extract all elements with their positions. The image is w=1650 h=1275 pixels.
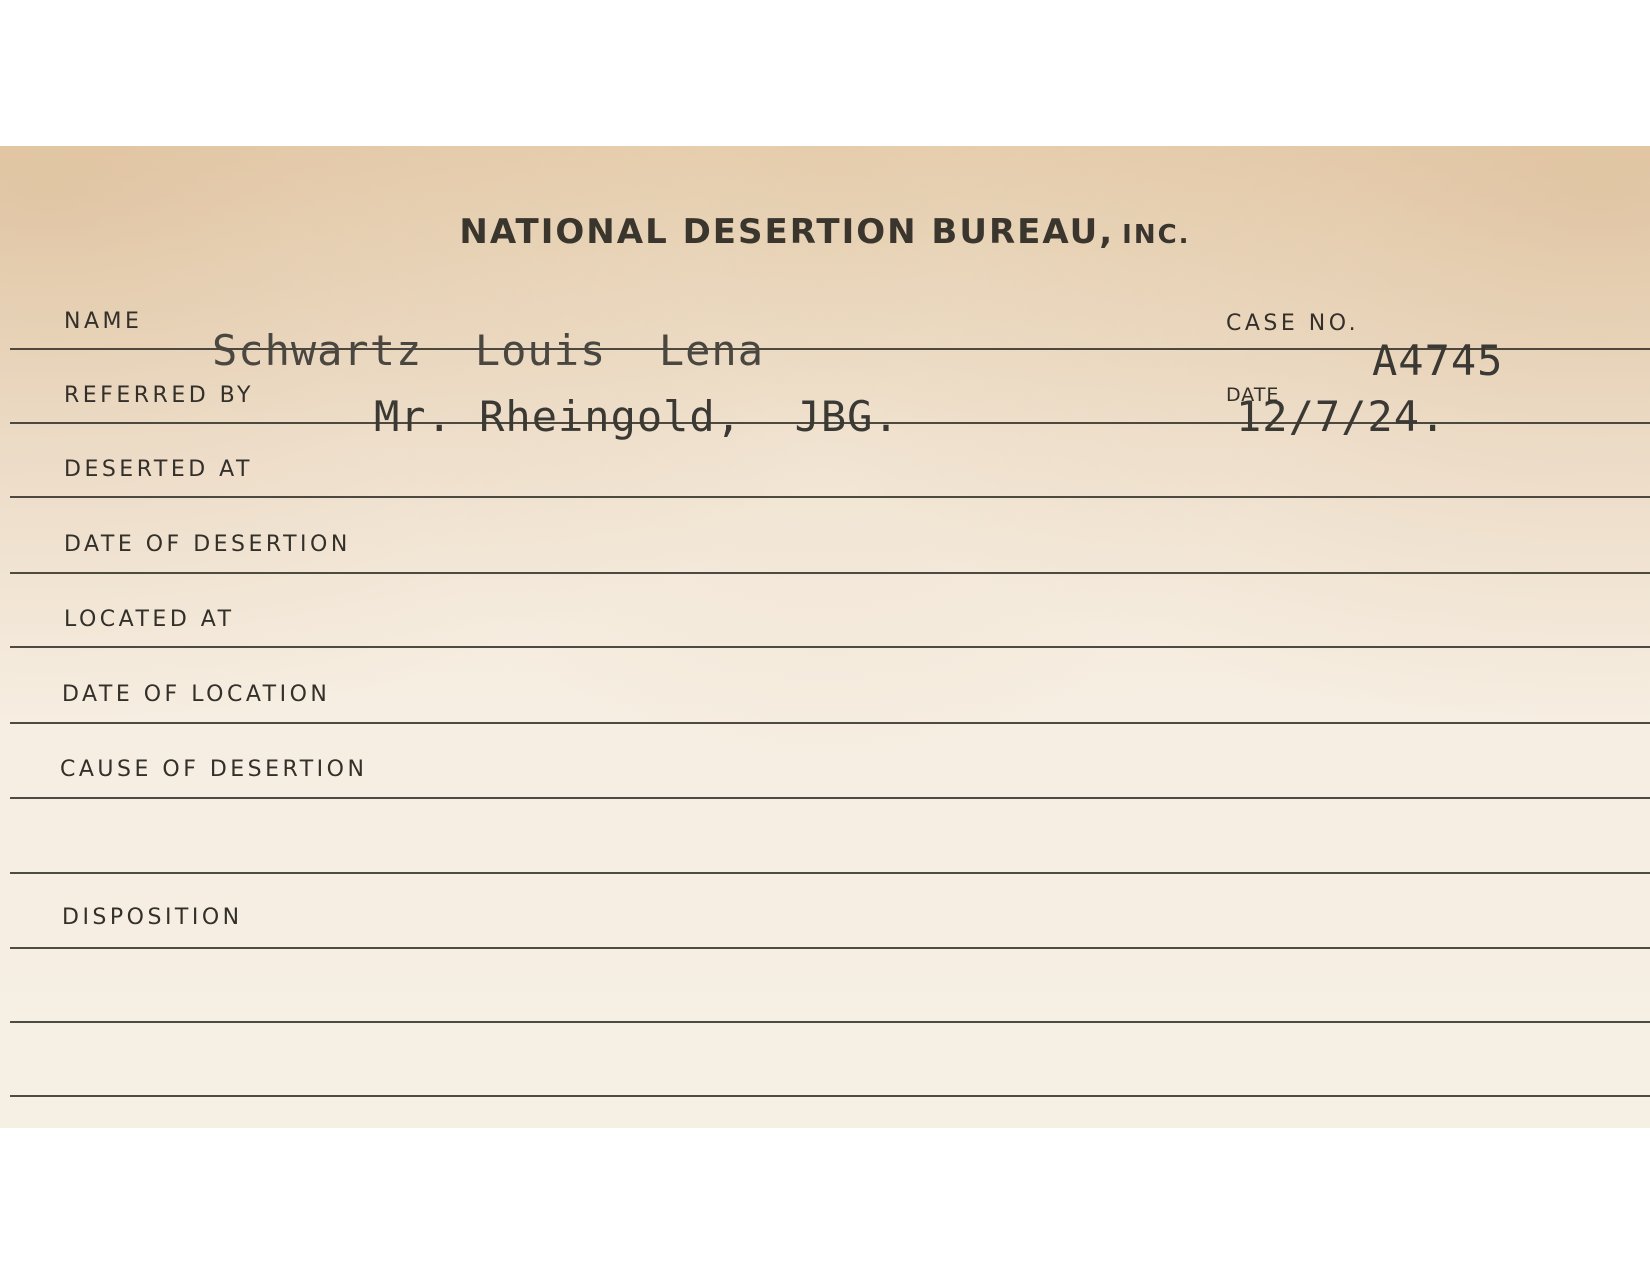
bureau-suffix: INC. <box>1122 220 1190 250</box>
cause-of-desertion-label: CAUSE OF DESERTION <box>60 757 367 782</box>
date-of-location-label: DATE OF LOCATION <box>62 682 330 707</box>
located-at-label: LOCATED AT <box>64 607 235 632</box>
disposition-label: DISPOSITION <box>62 905 243 930</box>
rule-disposition-extra-2 <box>10 1095 1650 1097</box>
index-card: NATIONAL DESERTION BUREAU,INC. NAME CASE… <box>0 146 1650 1128</box>
card-title: NATIONAL DESERTION BUREAU,INC. <box>0 212 1650 252</box>
rule-cause-of-desertion <box>10 797 1650 799</box>
date-label: DATE <box>1226 384 1279 406</box>
name-label: NAME <box>64 309 142 334</box>
referred-by-value: Mr. Rheingold, JBG. <box>374 392 900 441</box>
case-no-value: A4745 <box>1372 336 1503 385</box>
referred-by-label: REFERRED BY <box>64 383 254 408</box>
rule-date-of-desertion <box>10 572 1650 574</box>
rule-disposition <box>10 947 1650 949</box>
deserted-at-label: DESERTED AT <box>64 457 253 482</box>
rule-deserted-at <box>10 496 1650 498</box>
rule-date-of-location <box>10 722 1650 724</box>
name-value: Schwartz Louis Lena <box>212 326 764 375</box>
rule-located-at <box>10 646 1650 648</box>
bureau-name: NATIONAL DESERTION BUREAU, <box>459 212 1114 252</box>
rule-disposition-extra-1 <box>10 1021 1650 1023</box>
date-of-desertion-label: DATE OF DESERTION <box>64 532 351 557</box>
case-no-label: CASE NO. <box>1226 311 1359 336</box>
rule-cause-extra <box>10 872 1650 874</box>
